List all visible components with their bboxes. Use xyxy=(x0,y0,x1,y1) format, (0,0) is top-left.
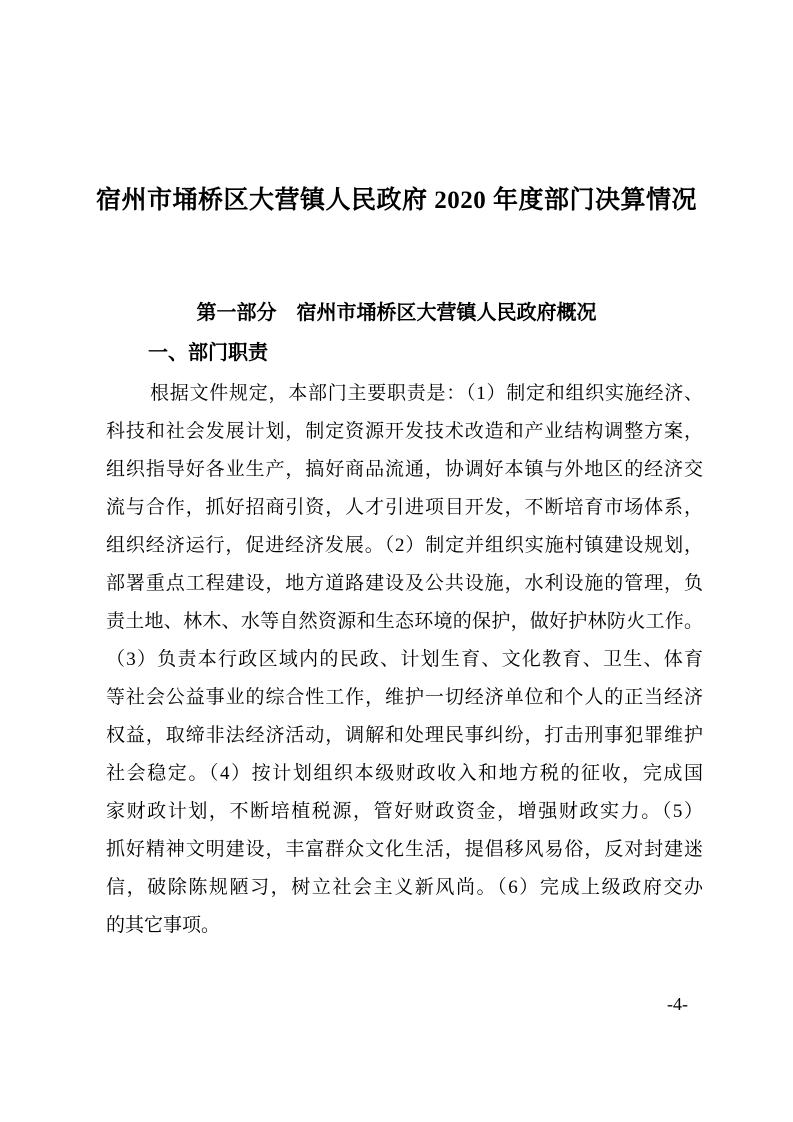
paragraph-line: 根据文件规定，本部门主要职责是：（1）制定和组织实施经济、 xyxy=(106,375,703,413)
paragraph-line: 等社会公益事业的综合性工作，维护一切经济单位和个人的正当经济 xyxy=(106,679,703,717)
paragraph-line: 流与合作，抓好招商引资，人才引进项目开发，不断培育市场体系， xyxy=(106,489,703,527)
page-number: -4- xyxy=(667,992,688,1016)
section-heading: 第一部分 宿州市埇桥区大营镇人民政府概况 xyxy=(0,299,793,327)
paragraph-line: 组织指导好各业生产，搞好商品流通，协调好本镇与外地区的经济交 xyxy=(106,451,703,489)
paragraph-line: 权益，取缔非法经济活动，调解和处理民事纠纷，打击刑事犯罪维护 xyxy=(106,717,703,755)
paragraph-line: 部署重点工程建设，地方道路建设及公共设施，水利设施的管理，负 xyxy=(106,565,703,603)
paragraph-line: （3）负责本行政区域内的民政、计划生育、文化教育、卫生、体育 xyxy=(106,641,703,679)
paragraph-line: 抓好精神文明建设，丰富群众文化生活，提倡移风易俗，反对封建迷 xyxy=(106,831,703,869)
body-paragraph: 根据文件规定，本部门主要职责是：（1）制定和组织实施经济、科技和社会发展计划，制… xyxy=(106,375,703,945)
paragraph-line: 信，破除陈规陋习，树立社会主义新风尚。（6）完成上级政府交办 xyxy=(106,869,703,907)
document-title: 宿州市埇桥区大营镇人民政府 2020 年度部门决算情况 xyxy=(50,185,743,217)
paragraph-line: 组织经济运行，促进经济发展。（2）制定并组织实施村镇建设规划， xyxy=(106,527,703,565)
paragraph-line: 社会稳定。（4）按计划组织本级财政收入和地方税的征收，完成国 xyxy=(106,755,703,793)
paragraph-line: 家财政计划，不断培植税源，管好财政资金，增强财政实力。（5） xyxy=(106,793,703,831)
subsection-heading: 一、部门职责 xyxy=(148,339,793,367)
document-page: 宿州市埇桥区大营镇人民政府 2020 年度部门决算情况 第一部分 宿州市埇桥区大… xyxy=(0,0,793,1122)
paragraph-line: 科技和社会发展计划，制定资源开发技术改造和产业结构调整方案， xyxy=(106,413,703,451)
paragraph-line: 的其它事项。 xyxy=(106,907,703,945)
paragraph-line: 责土地、林木、水等自然资源和生态环境的保护，做好护林防火工作。 xyxy=(106,603,703,641)
